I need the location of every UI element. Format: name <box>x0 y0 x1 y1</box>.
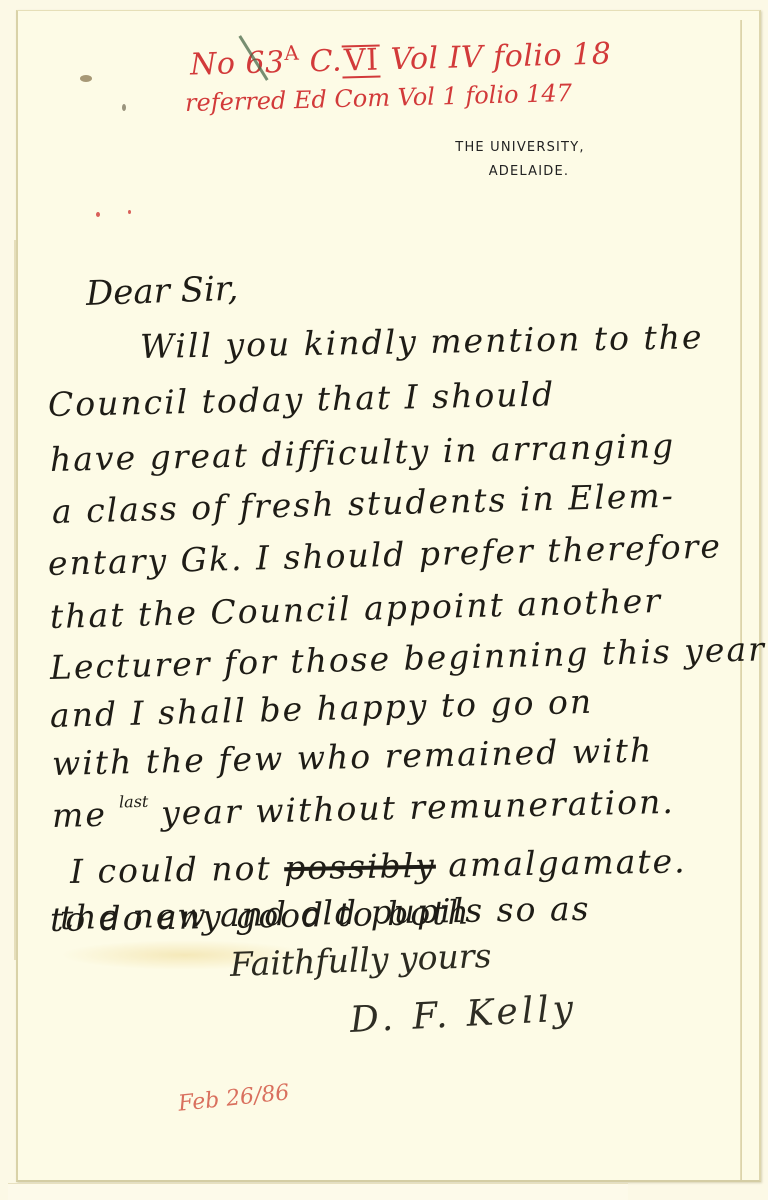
archive-number-suffix: A <box>284 41 300 65</box>
archive-class: C. <box>309 44 342 80</box>
left-crease <box>14 240 16 960</box>
letterhead-institution: THE UNIVERSITY, <box>430 136 610 160</box>
red-ink-speck <box>128 210 131 214</box>
ink-blot <box>80 75 92 82</box>
letterhead-city: ADELAIDE. <box>430 160 610 184</box>
salutation: Dear Sir, <box>85 269 239 314</box>
letter-text: me <box>52 794 120 835</box>
archive-volume-folio: Vol IV folio 18 <box>390 36 612 77</box>
archive-number: No 63 <box>190 45 285 82</box>
letterhead: THE UNIVERSITY, ADELAIDE. <box>430 136 610 184</box>
ink-speck <box>122 104 126 111</box>
letter-text: amalgamate. <box>436 841 687 884</box>
inserted-word: last <box>119 792 149 812</box>
letter-line: to do any good to both <box>50 893 471 939</box>
archive-roman-numeral: VI <box>342 45 381 78</box>
letter-text: I could not <box>70 848 285 891</box>
red-ink-speck <box>96 212 100 217</box>
underlying-page-edge <box>8 1183 628 1200</box>
struck-word: possibly <box>284 846 436 888</box>
right-fold-edge <box>740 20 742 1180</box>
